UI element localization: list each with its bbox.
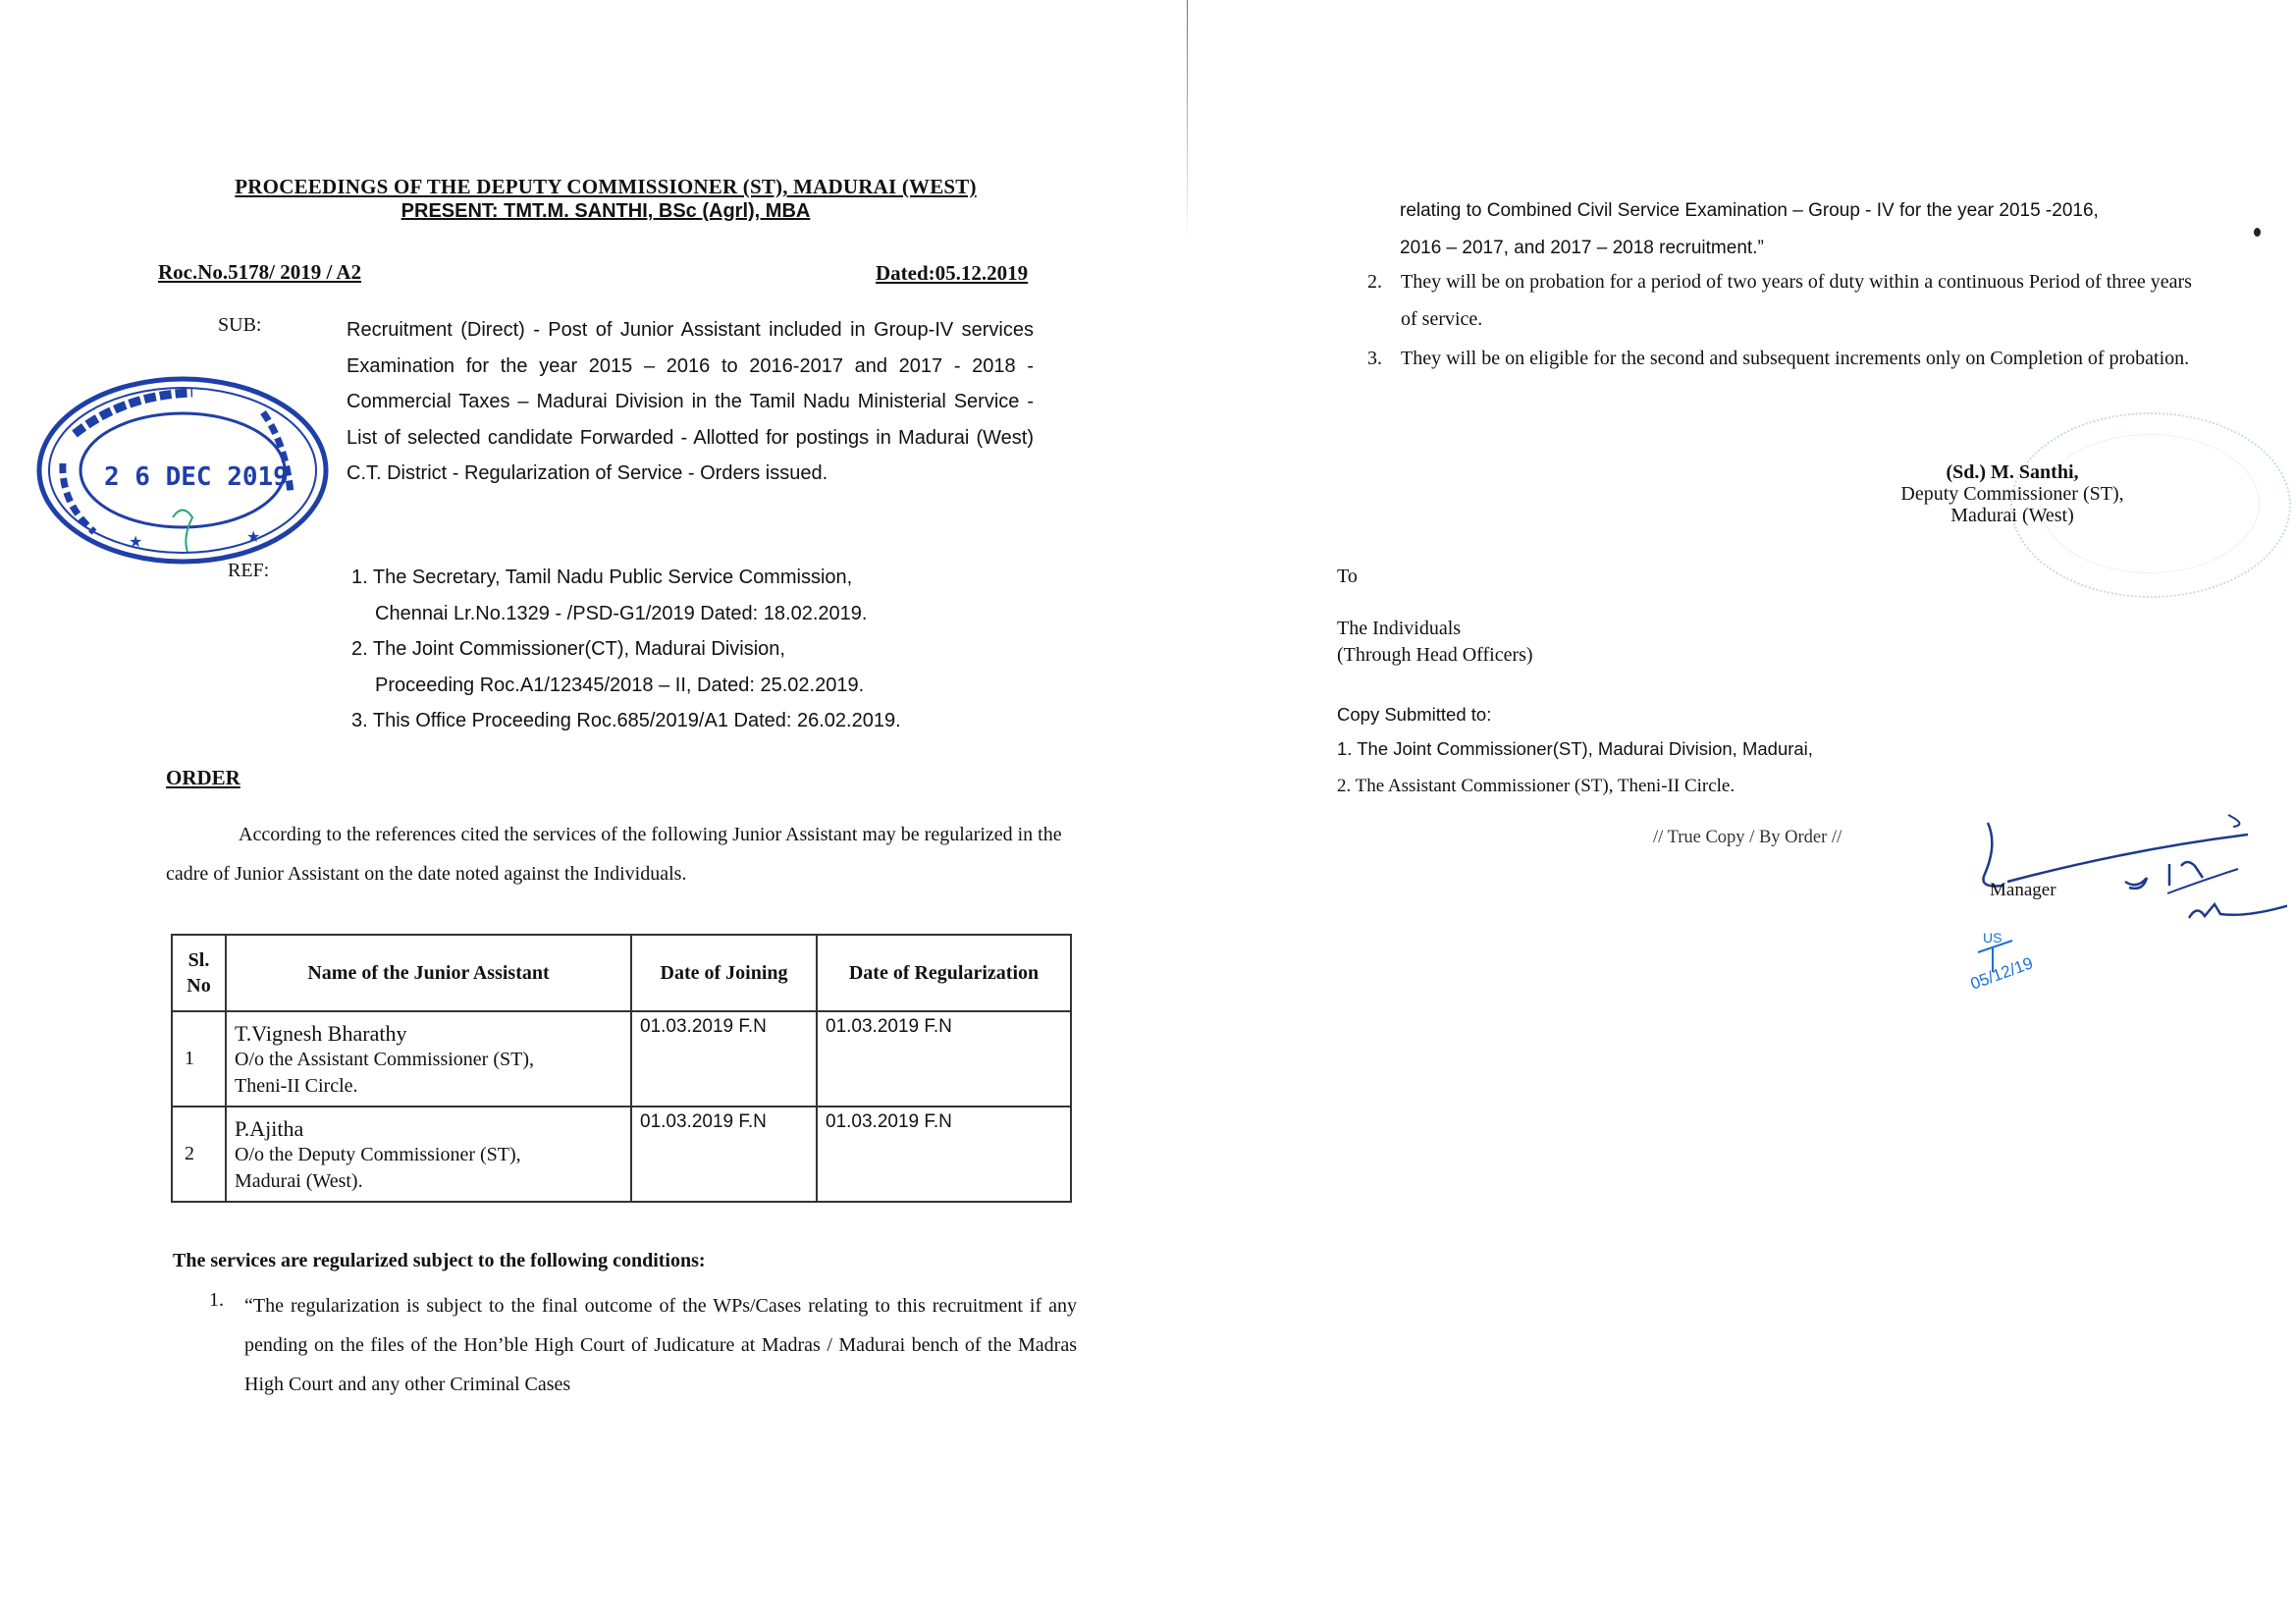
- dated: Dated:05.12.2019: [876, 261, 1028, 286]
- column-header: Date of Regularization: [817, 935, 1071, 1011]
- svg-text:US: US: [1983, 930, 2002, 945]
- date-of-joining: 01.03.2019 F.N: [631, 1107, 817, 1202]
- copy-heading: Copy Submitted to:: [1337, 704, 1491, 726]
- reference-item-cont: Proceeding Roc.A1/12345/2018 – II, Dated…: [351, 668, 901, 704]
- reference-label: REF:: [228, 560, 269, 582]
- recipient-block: The Individuals (Through Head Officers): [1337, 616, 1533, 669]
- present-officer: PRESENT: TMT.M. SANTHI, BSc (Agrl), MBA: [193, 200, 1018, 223]
- subject-text: Recruitment (Direct) - Post of Junior As…: [347, 312, 1034, 492]
- date-of-regularization: 01.03.2019 F.N: [817, 1011, 1071, 1107]
- junior-assistant-table: Sl. No Name of the Junior Assistant Date…: [171, 934, 1072, 1203]
- condition-1-continued: relating to Combined Civil Service Exami…: [1400, 192, 2185, 267]
- column-header: Date of Joining: [631, 935, 817, 1011]
- ink-dot: [2254, 228, 2261, 237]
- office-stamp: 2 6 DEC 2019 ★ ★: [35, 375, 330, 567]
- reference-item: 1. The Secretary, Tamil Nadu Public Serv…: [351, 560, 901, 596]
- condition-item: 2.They will be on probation for a period…: [1367, 263, 2192, 338]
- order-paragraph: According to the references cited the se…: [166, 815, 1064, 893]
- condition-1-text: “The regularization is subject to the fi…: [244, 1286, 1077, 1404]
- date-of-regularization: 01.03.2019 F.N: [817, 1107, 1071, 1202]
- copy-recipient: 1. The Joint Commissioner(ST), Madurai D…: [1337, 738, 1813, 760]
- date-of-joining: 01.03.2019 F.N: [631, 1011, 817, 1107]
- condition-number: 1.: [209, 1289, 224, 1312]
- conditions-list: 2.They will be on probation for a period…: [1367, 263, 2192, 379]
- svg-text:★: ★: [246, 529, 260, 546]
- manager-label: Manager: [1990, 880, 2056, 901]
- roc-number: Roc.No.5178/ 2019 / A2: [158, 260, 361, 285]
- svg-text:★: ★: [129, 534, 142, 551]
- signature-block: (Sd.) M. Santhi, Deputy Commissioner (ST…: [1865, 461, 2160, 526]
- true-copy-note: // True Copy / By Order //: [1653, 828, 1842, 848]
- to-label: To: [1337, 566, 1358, 588]
- manager-signature: US 05/12/19: [1953, 805, 2287, 1031]
- signatory-designation: Deputy Commissioner (ST),: [1865, 483, 2160, 505]
- assistant-name: T.Vignesh Bharathy: [235, 1020, 622, 1047]
- signatory-place: Madurai (West): [1865, 505, 2160, 526]
- document-title: PROCEEDINGS OF THE DEPUTY COMMISSIONER (…: [193, 175, 1018, 199]
- table-row: 1 T.Vignesh Bharathy O/o the Assistant C…: [172, 1011, 1071, 1107]
- page-divider: [1187, 0, 1188, 236]
- reference-item-cont: Chennai Lr.No.1329 - /PSD-G1/2019 Dated:…: [351, 596, 901, 632]
- column-header: Name of the Junior Assistant: [226, 935, 631, 1011]
- reference-list: 1. The Secretary, Tamil Nadu Public Serv…: [351, 560, 901, 739]
- order-heading: ORDER: [166, 766, 240, 790]
- copy-recipient: 2. The Assistant Commissioner (ST), Then…: [1337, 776, 1735, 797]
- signatory-name: (Sd.) M. Santhi,: [1865, 461, 2160, 483]
- table-row: 2 P.Ajitha O/o the Deputy Commissioner (…: [172, 1107, 1071, 1202]
- assistant-name: P.Ajitha: [235, 1115, 622, 1142]
- subject-label: SUB:: [218, 314, 261, 337]
- reference-item: 3. This Office Proceeding Roc.685/2019/A…: [351, 703, 901, 739]
- reference-item: 2. The Joint Commissioner(CT), Madurai D…: [351, 631, 901, 668]
- handwritten-date: 05/12/19: [1968, 953, 2036, 993]
- stamp-date: 2 6 DEC 2019: [104, 462, 289, 492]
- table-header-row: Sl. No Name of the Junior Assistant Date…: [172, 935, 1071, 1011]
- condition-item: 3.They will be on eligible for the secon…: [1367, 340, 2192, 377]
- column-header: Sl. No: [172, 935, 226, 1011]
- conditions-heading: The services are regularized subject to …: [173, 1250, 706, 1272]
